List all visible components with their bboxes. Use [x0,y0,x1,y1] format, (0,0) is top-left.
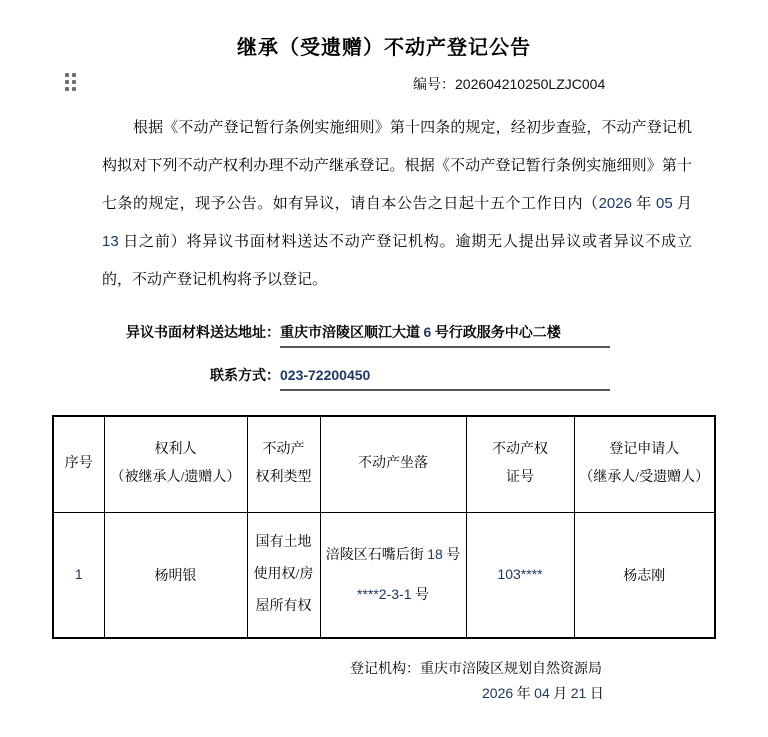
header-cert-no: 不动产权 证号 [466,416,574,512]
document-number-label: 编号： [413,78,455,93]
contact-row: 联系方式： 023-72200450 [102,365,610,391]
header-right-type: 不动产 权利类型 [247,416,320,512]
cell-seq: 1 [53,512,104,638]
footer-agency-label: 登记机构： [350,662,420,677]
deadline-month: 05 [656,195,673,212]
header-location: 不动产坐落 [320,416,466,512]
document-number: 编号：202604210250LZJC004 [413,74,605,94]
delivery-address-label: 异议书面材料送达地址： [102,322,280,342]
footer-date: 2026 年 04 月 21 日 [482,683,604,703]
table-row: 1 杨明银 国有土地使用权/房屋所有权 涪陵区石嘴后街 18 号****2-3-… [53,512,715,638]
delivery-address-row: 异议书面材料送达地址： 重庆市涪陵区顺江大道 6 号行政服务中心二楼 [102,322,610,348]
announcement-document: 继承（受遗赠）不动产登记公告 编号：202604210250LZJC004 根据… [0,0,768,737]
document-number-value: 202604210250LZJC004 [455,76,605,92]
delivery-address-value: 重庆市涪陵区顺江大道 6 号行政服务中心二楼 [280,322,610,348]
registration-table: 序号 权利人 （被继承人/遗赠人） 不动产 权利类型 不动产坐落 不动产权 [52,415,716,639]
header-applicant: 登记申请人 （继承人/受遗赠人） [574,416,715,512]
footer-agency: 登记机构：重庆市涪陵区规划自然资源局 [350,658,602,678]
cell-holder: 杨明银 [104,512,247,638]
header-seq: 序号 [53,416,104,512]
page-title: 继承（受遗赠）不动产登记公告 [0,31,768,60]
header-holder: 权利人 （被继承人/遗赠人） [104,416,247,512]
contact-label: 联系方式： [102,365,280,385]
cell-cert-no: 103**** [466,512,574,638]
cell-location: 涪陵区石嘴后街 18 号****2-3-1 号 [320,512,466,638]
cell-applicant: 杨志刚 [574,512,715,638]
notice-paragraph: 根据《不动产登记暂行条例实施细则》第十四条的规定，经初步查验，不动产登记机构拟对… [102,109,692,299]
cell-right-type: 国有土地使用权/房屋所有权 [247,512,320,638]
drag-handle-icon[interactable] [65,73,76,91]
contact-value: 023-72200450 [280,367,610,391]
deadline-day: 13 [102,233,119,250]
table-header-row: 序号 权利人 （被继承人/遗赠人） 不动产 权利类型 不动产坐落 不动产权 [53,416,715,512]
deadline-year: 2026 [599,195,632,212]
footer-agency-value: 重庆市涪陵区规划自然资源局 [420,662,602,677]
